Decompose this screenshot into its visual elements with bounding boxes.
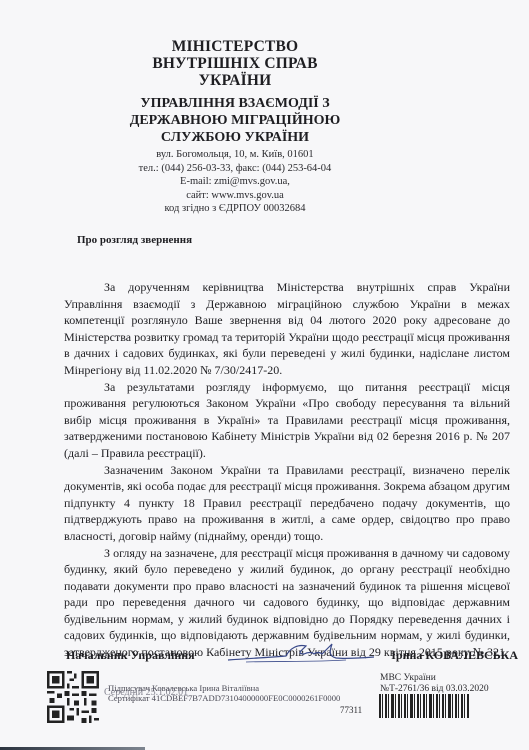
- email: E-mail: zmi@mvs.gov.ua,: [70, 175, 400, 189]
- signature-block: Начальник Управління Ірина КОВАЛЕВСЬКА: [66, 646, 518, 668]
- barcode-icon: [379, 694, 469, 718]
- handwritten-signature-icon: [226, 640, 376, 666]
- registration-org: МВС України: [380, 673, 489, 684]
- document-page: МІНІСТЕРСТВО ВНУТРІШНІХ СПРАВ УКРАЇНИ УП…: [0, 0, 529, 750]
- registration-number: №Т-2761/36 від 03.03.2020: [380, 684, 489, 695]
- letterhead: МІНІСТЕРСТВО ВНУТРІШНІХ СПРАВ УКРАЇНИ УП…: [70, 38, 400, 216]
- department-name: УПРАВЛІННЯ ВЗАЄМОДІЇ З ДЕРЖАВНОЮ МІГРАЦІ…: [70, 95, 400, 146]
- department-line: УПРАВЛІННЯ ВЗАЄМОДІЇ З: [70, 95, 400, 112]
- ministry-line: МІНІСТЕРСТВО: [70, 38, 400, 55]
- department-line: СЛУЖБОЮ УКРАЇНИ: [70, 129, 400, 146]
- subject-line: Про розгляд звернення: [77, 234, 192, 246]
- ministry-name: МІНІСТЕРСТВО ВНУТРІШНІХ СПРАВ УКРАЇНИ: [70, 38, 400, 89]
- paragraph: Зазначеним Законом України та Правилами …: [64, 462, 510, 545]
- registration-code: 77311: [340, 705, 362, 715]
- registration-stamp: МВС України №Т-2761/36 від 03.03.2020: [380, 673, 489, 694]
- ministry-line: УКРАЇНИ: [70, 72, 400, 89]
- phone: тел.: (044) 256-03-33, факс: (044) 253-6…: [70, 162, 400, 176]
- paragraph: За результатами розгляду інформуємо, що …: [64, 379, 510, 462]
- website: сайт: www.mvs.gov.ua: [70, 189, 400, 203]
- paragraph: За дорученням керівництва Міністерства в…: [64, 279, 510, 379]
- edrpou-code: код згідно з ЄДРПОУ 00032684: [70, 202, 400, 216]
- ministry-line: ВНУТРІШНІХ СПРАВ: [70, 55, 400, 72]
- signer-title: Начальник Управління: [66, 648, 195, 663]
- qr-code-icon: [47, 671, 99, 723]
- address: вул. Богомольця, 10, м. Київ, 01601: [70, 148, 400, 162]
- overlay-stamp: Середній 25.1.02.01: [104, 688, 188, 698]
- signer-name: Ірина КОВАЛЕВСЬКА: [391, 648, 518, 663]
- letter-body: За дорученням керівництва Міністерства в…: [64, 279, 510, 661]
- department-line: ДЕРЖАВНОЮ МІГРАЦІЙНОЮ: [70, 112, 400, 129]
- contact-info: вул. Богомольця, 10, м. Київ, 01601 тел.…: [70, 148, 400, 216]
- electronic-signature-info: Підписувач Ковалевська Ірина Віталіївна …: [108, 683, 340, 703]
